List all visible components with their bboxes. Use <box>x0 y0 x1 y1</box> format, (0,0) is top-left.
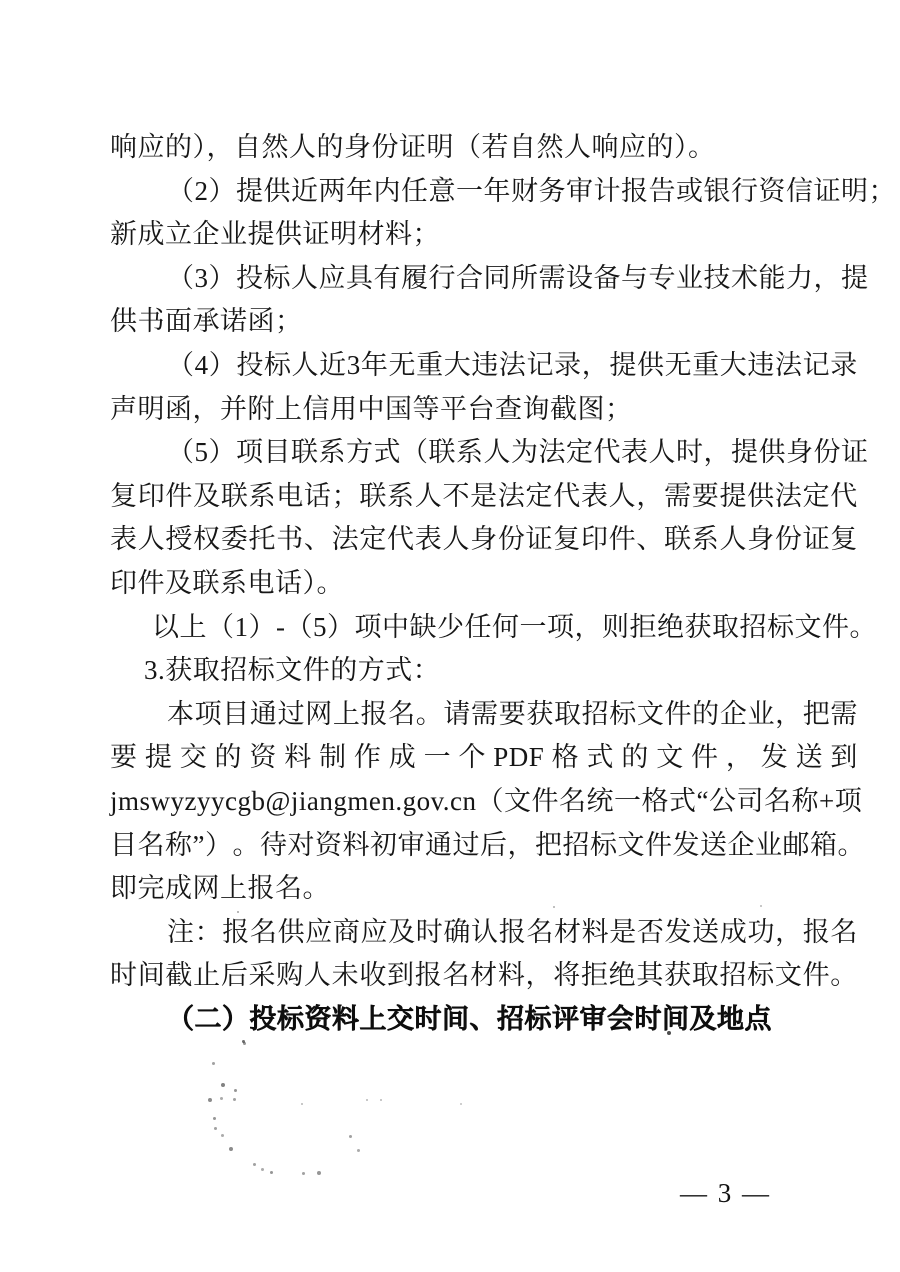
scan-speck <box>261 1168 264 1171</box>
scan-speck <box>220 1097 223 1100</box>
scan-speck <box>221 1083 225 1087</box>
scan-speck <box>221 1134 224 1137</box>
scan-speck <box>760 905 762 907</box>
document-line: 本项目通过网上报名。请需要获取招标文件的企业，把需 <box>110 693 858 737</box>
document-line: 印件及联系电话）。 <box>110 562 858 606</box>
scan-speck <box>349 1135 352 1138</box>
document-line: 表人授权委托书、法定代表人身份证复印件、联系人身份证复 <box>110 518 858 562</box>
document-line: 时间截止后采购人未收到报名材料，将拒绝其获取招标文件。 <box>110 954 858 998</box>
document-line: 新成立企业提供证明材料； <box>110 213 858 257</box>
page-number: — 3 — <box>680 1178 771 1209</box>
document-line: jmswyzyycgb@jiangmen.gov.cn（文件名统一格式“公司名称… <box>110 780 858 824</box>
scan-speck <box>302 1172 305 1175</box>
scan-speck <box>270 1171 273 1174</box>
scan-speck <box>208 1098 212 1102</box>
scan-speck <box>253 1163 256 1166</box>
document-line: 3.获取招标文件的方式： <box>110 649 858 693</box>
scan-speck <box>380 1099 382 1101</box>
document-line: （3）投标人应具有履行合同所需设备与专业技术能力，提 <box>110 257 858 301</box>
scan-speck <box>366 1099 368 1101</box>
scanned-document-page: 响应的），自然人的身份证明（若自然人响应的）。（2）提供近两年内任意一年财务审计… <box>0 0 900 1272</box>
scan-speck <box>317 1171 321 1175</box>
document-line: 目名称”）。待对资料初审通过后，把招标文件发送企业邮箱。 <box>110 824 858 868</box>
document-line: （2）提供近两年内任意一年财务审计报告或银行资信证明； <box>110 170 858 214</box>
scan-speck <box>214 1127 217 1130</box>
document-line: 复印件及联系电话；联系人不是法定代表人，需要提供法定代 <box>110 475 858 519</box>
scan-speck <box>234 1089 237 1092</box>
document-line: 以上（1）-（5）项中缺少任何一项，则拒绝获取招标文件。 <box>110 606 858 650</box>
scan-speck <box>301 1103 303 1105</box>
document-line: （二）投标资料上交时间、招标评审会时间及地点 <box>110 998 858 1042</box>
scan-speck <box>233 1098 236 1101</box>
document-line: 响应的），自然人的身份证明（若自然人响应的）。 <box>110 126 858 170</box>
document-line: 声明函，并附上信用中国等平台查询截图； <box>110 388 858 432</box>
scan-speck <box>229 1147 233 1151</box>
document-text-block: 响应的），自然人的身份证明（若自然人响应的）。（2）提供近两年内任意一年财务审计… <box>110 126 858 1041</box>
scan-speck <box>357 1149 360 1152</box>
document-line: （4）投标人近3年无重大违法记录，提供无重大违法记录 <box>110 344 858 388</box>
scan-speck <box>460 1103 462 1105</box>
scan-speck <box>213 1117 216 1120</box>
document-line: 注：报名供应商应及时确认报名材料是否发送成功，报名 <box>110 911 858 955</box>
document-line: （5）项目联系方式（联系人为法定代表人时，提供身份证 <box>110 431 858 475</box>
document-line: 要提交的资料制作成一个PDF格式的文件，发送到 <box>110 736 858 780</box>
scan-speck <box>242 1040 245 1043</box>
document-line: 供书面承诺函； <box>110 300 858 344</box>
document-line: 即完成网上报名。 <box>110 867 858 911</box>
scan-speck <box>237 911 239 913</box>
scan-speck <box>553 906 555 908</box>
scan-speck <box>212 1062 215 1065</box>
scan-speck <box>667 1031 671 1035</box>
